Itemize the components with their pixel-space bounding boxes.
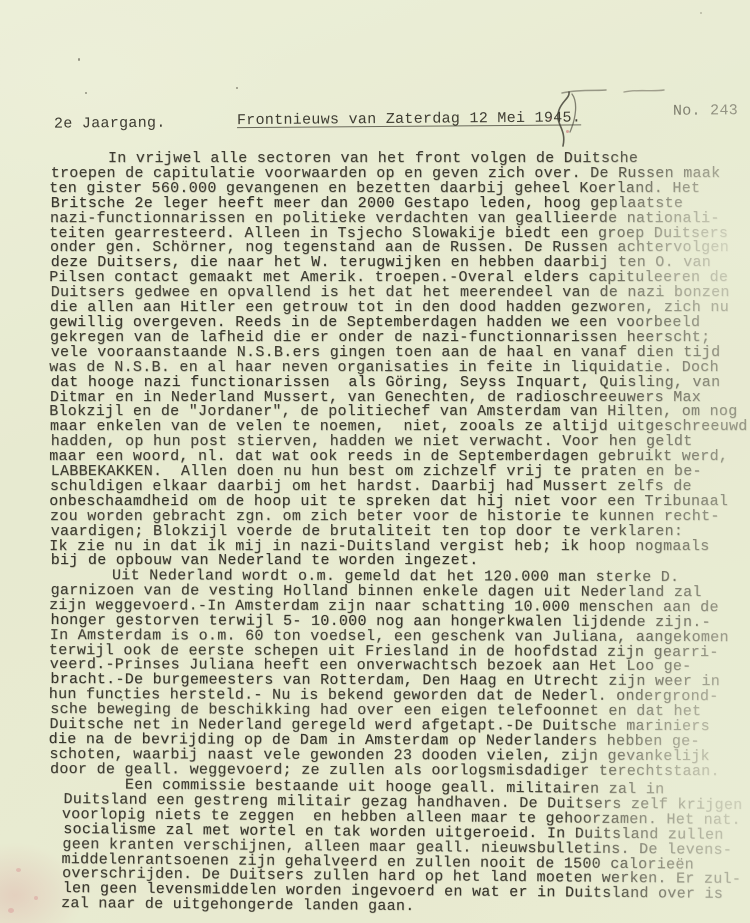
paper-speck bbox=[78, 58, 80, 61]
document-body: In vrijwel alle sectoren van het front v… bbox=[50, 152, 750, 912]
text-line: dat hooge nazi functionarissen als Görin… bbox=[51, 376, 750, 391]
paragraph: Uit Nederland wordt o.m. gemeld dat het … bbox=[49, 569, 750, 780]
text-line: Britsche 2e leger heeft meer dan 2000 Ge… bbox=[51, 197, 750, 212]
text-line: teiten gearresteerd. Alleen in Tsjecho S… bbox=[49, 227, 749, 242]
text-line: die na de bevrijding op de Dam in Amster… bbox=[49, 733, 749, 750]
paper-speck bbox=[85, 92, 87, 94]
paper-speck bbox=[34, 896, 38, 900]
paragraph: In vrijwel alle sectoren van het front v… bbox=[50, 152, 750, 569]
text-line: terwijl ook de eerste schepen uit Friesl… bbox=[49, 644, 749, 661]
text-line: honger gestorven terwijl 5- 10.000 nog a… bbox=[51, 614, 750, 631]
paper-speck bbox=[16, 868, 21, 872]
page-title: Frontnieuws van Zaterdag 12 Mei 1945. bbox=[237, 109, 581, 129]
masthead: 2e Jaargang. Frontnieuws van Zaterdag 12… bbox=[0, 102, 750, 142]
issue-number: No. 243 bbox=[673, 102, 738, 120]
text-line: Duitsers gedwee en opvallend is het dat … bbox=[51, 286, 750, 301]
text-line: sche beweging de beschikking had over ee… bbox=[50, 704, 750, 721]
volume-label: 2e Jaargang. bbox=[54, 115, 166, 133]
scanned-document-page: 2e Jaargang. Frontnieuws van Zaterdag 12… bbox=[0, 0, 750, 923]
text-line: LABBEKAKKEN. Allen doen nu hun best om z… bbox=[51, 465, 750, 480]
text-line: onbeschaamdheid om de hoop uit te spreke… bbox=[49, 495, 749, 510]
paper-speck bbox=[236, 87, 238, 89]
paper-speck bbox=[8, 908, 14, 913]
text-line: gewillig overgeven. Reeds in de Septembe… bbox=[49, 316, 749, 331]
paragraph: Een commissie bestaande uit hooge geall.… bbox=[62, 778, 750, 918]
text-line: Blokzijl en de "Jordaner", de politieche… bbox=[49, 405, 749, 420]
paper-speck bbox=[700, 12, 702, 14]
